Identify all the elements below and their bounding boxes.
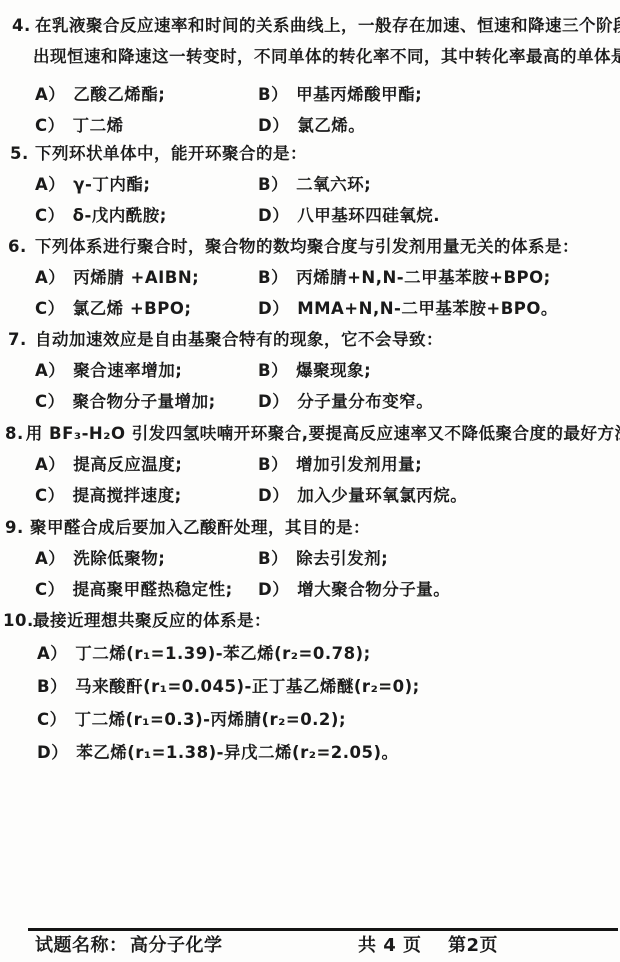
question-stem-line: 10. 最接近理想共聚反应的体系是： — [0, 604, 620, 637]
option-a: A）γ-丁内酯; — [35, 169, 258, 200]
footer-exam-name-label: 试题名称： — [35, 932, 128, 960]
option-b: B）马来酸酐(r₁=0.045)-正丁基乙烯醚(r₂=0); — [37, 670, 620, 703]
option-text: 聚合速率增加; — [73, 361, 182, 380]
option-b: B）丙烯腈+N,N-二甲基苯胺+BPO; — [258, 262, 620, 293]
option-text: 爆聚现象; — [296, 361, 371, 380]
option-text: 增大聚合物分子量。 — [297, 580, 450, 599]
question-number: 10. — [3, 604, 33, 637]
option-c: C）丁二烯 — [35, 110, 258, 141]
question-stem-line: 6. 下列体系进行聚合时，聚合物的数均聚合度与引发剂用量无关的体系是： — [0, 231, 620, 262]
option-label: D） — [258, 580, 289, 599]
option-label: D） — [258, 486, 289, 505]
page-footer: 试题名称： 高分子化学 共 4 页 第2页 — [0, 932, 620, 960]
option-label: C） — [35, 392, 65, 411]
option-text: 分子量分布变窄。 — [297, 392, 433, 411]
option-text: 乙酸乙烯酯; — [73, 85, 165, 104]
option-label: B） — [258, 85, 288, 104]
options-list: A）丁二烯(r₁=1.39)-苯乙烯(r₂=0.78); B）马来酸酐(r₁=0… — [37, 637, 620, 769]
question-4: 4. 在乳液聚合反应速率和时间的关系曲线上，一般存在加速、恒速和降速三个阶段， … — [0, 10, 620, 141]
option-text: 马来酸酐(r₁=0.045)-正丁基乙烯醚(r₂=0); — [75, 677, 420, 696]
question-stem: 聚甲醛合成后要加入乙酸酐处理，其目的是： — [30, 512, 370, 543]
option-label: B） — [258, 549, 288, 568]
option-label: B） — [258, 361, 288, 380]
option-label: D） — [37, 743, 68, 762]
question-stem: 最接近理想共聚反应的体系是： — [33, 604, 271, 637]
footer-page-current: 第2页 — [448, 932, 498, 960]
footer-exam-subject: 高分子化学 — [130, 932, 223, 960]
option-label: A） — [35, 175, 65, 194]
option-text: 丙烯腈+N,N-二甲基苯胺+BPO; — [296, 268, 551, 287]
options-grid: A）γ-丁内酯; B）二氧六环; C）δ-戊内酰胺; D）八甲基环四硅氧烷. — [35, 169, 620, 231]
options-grid: A）提高反应温度; B）增加引发剂用量; C）提高搅拌速度; D）加入少量环氧氯… — [35, 449, 620, 511]
options-grid: A）洗除低聚物; B）除去引发剂; C）提高聚甲醛热稳定性; D）增大聚合物分子… — [35, 543, 620, 605]
option-text: 丁二烯(r₁=0.3)-丙烯腈(r₂=0.2); — [75, 710, 346, 729]
option-label: C） — [35, 116, 65, 135]
option-label: C） — [35, 486, 65, 505]
exam-page: 4. 在乳液聚合反应速率和时间的关系曲线上，一般存在加速、恒速和降速三个阶段， … — [0, 0, 620, 962]
option-a: A）丁二烯(r₁=1.39)-苯乙烯(r₂=0.78); — [37, 637, 620, 670]
options-grid: A）乙酸乙烯酯; B）甲基丙烯酸甲酯; C）丁二烯 D）氯乙烯。 — [35, 79, 620, 141]
question-stem: 出现恒速和降速这一转变时，不同单体的转化率不同，其中转化率最高的单体是： — [33, 47, 620, 66]
question-stem: 在乳液聚合反应速率和时间的关系曲线上，一般存在加速、恒速和降速三个阶段， — [35, 10, 620, 41]
question-stem-line: 5. 下列环状单体中，能开环聚合的是： — [0, 138, 620, 169]
question-stem-line: 4. 在乳液聚合反应速率和时间的关系曲线上，一般存在加速、恒速和降速三个阶段， — [0, 10, 620, 41]
option-text: 丁二烯(r₁=1.39)-苯乙烯(r₂=0.78); — [75, 644, 370, 663]
option-b: B）增加引发剂用量; — [258, 449, 620, 480]
option-b: B）甲基丙烯酸甲酯; — [258, 79, 620, 110]
option-label: A） — [37, 644, 67, 663]
question-stem: 自动加速效应是自由基聚合特有的现象，它不会导致： — [35, 324, 443, 355]
option-label: B） — [258, 175, 288, 194]
option-d: D）MMA+N,N-二甲基苯胺+BPO。 — [258, 293, 620, 324]
option-label: A） — [35, 549, 65, 568]
option-d: D）苯乙烯(r₁=1.38)-异戊二烯(r₂=2.05)。 — [37, 736, 620, 769]
question-8: 8. 用 BF₃-H₂O 引发四氢呋喃开环聚合,要提高反应速率又不降低聚合度的最… — [0, 418, 620, 511]
option-label: A） — [35, 361, 65, 380]
option-text: δ-戊内酰胺; — [73, 206, 167, 225]
option-label: B） — [258, 455, 288, 474]
footer-pages-total: 共 4 页 — [358, 932, 422, 960]
option-a: A）洗除低聚物; — [35, 543, 258, 574]
question-number: 6. — [8, 231, 35, 262]
option-c: C）δ-戊内酰胺; — [35, 200, 258, 231]
question-number: 5. — [10, 138, 35, 169]
option-label: B） — [37, 677, 67, 696]
option-d: D）增大聚合物分子量。 — [258, 574, 620, 605]
question-number: 4. — [12, 10, 35, 41]
option-c: C）提高聚甲醛热稳定性; — [35, 574, 258, 605]
option-label: C） — [37, 710, 67, 729]
footer-divider — [28, 928, 618, 931]
option-text: 丙烯腈 +AIBN; — [73, 268, 199, 287]
option-text: 除去引发剂; — [296, 549, 388, 568]
question-number: 8. — [5, 418, 24, 449]
option-text: 提高反应温度; — [73, 455, 182, 474]
option-text: 八甲基环四硅氧烷. — [297, 206, 440, 225]
option-label: D） — [258, 206, 289, 225]
question-stem-line: 7. 自动加速效应是自由基聚合特有的现象，它不会导致： — [0, 324, 620, 355]
question-9: 9. 聚甲醛合成后要加入乙酸酐处理，其目的是： A）洗除低聚物; B）除去引发剂… — [0, 512, 620, 605]
option-text: 二氧六环; — [296, 175, 371, 194]
option-c: C）聚合物分子量增加; — [35, 386, 258, 417]
option-label: C） — [35, 206, 65, 225]
option-text: 提高搅拌速度; — [73, 486, 182, 505]
question-10: 10. 最接近理想共聚反应的体系是： A）丁二烯(r₁=1.39)-苯乙烯(r₂… — [0, 604, 620, 769]
option-text: 洗除低聚物; — [73, 549, 165, 568]
option-text: 丁二烯 — [73, 116, 124, 135]
question-5: 5. 下列环状单体中，能开环聚合的是： A）γ-丁内酯; B）二氧六环; C）δ… — [0, 138, 620, 231]
option-label: B） — [258, 268, 288, 287]
option-d: D）分子量分布变窄。 — [258, 386, 620, 417]
option-c: C）丁二烯(r₁=0.3)-丙烯腈(r₂=0.2); — [37, 703, 620, 736]
question-6: 6. 下列体系进行聚合时，聚合物的数均聚合度与引发剂用量无关的体系是： A）丙烯… — [0, 231, 620, 324]
option-text: 甲基丙烯酸甲酯; — [296, 85, 422, 104]
question-stem: 下列体系进行聚合时，聚合物的数均聚合度与引发剂用量无关的体系是： — [35, 231, 579, 262]
option-d: D）加入少量环氧氯丙烷。 — [258, 480, 620, 511]
options-grid: A）丙烯腈 +AIBN; B）丙烯腈+N,N-二甲基苯胺+BPO; C）氯乙烯 … — [35, 262, 620, 324]
option-b: B）爆聚现象; — [258, 355, 620, 386]
question-7: 7. 自动加速效应是自由基聚合特有的现象，它不会导致： A）聚合速率增加; B）… — [0, 324, 620, 417]
option-label: A） — [35, 85, 65, 104]
question-number: 9. — [5, 512, 30, 543]
option-text: 氯乙烯 +BPO; — [73, 299, 192, 318]
option-label: C） — [35, 299, 65, 318]
option-label: D） — [258, 392, 289, 411]
option-c: C）氯乙烯 +BPO; — [35, 293, 258, 324]
option-text: 提高聚甲醛热稳定性; — [73, 580, 233, 599]
option-b: B）除去引发剂; — [258, 543, 620, 574]
options-grid: A）聚合速率增加; B）爆聚现象; C）聚合物分子量增加; D）分子量分布变窄。 — [35, 355, 620, 417]
option-label: A） — [35, 455, 65, 474]
question-stem-line: 出现恒速和降速这一转变时，不同单体的转化率不同，其中转化率最高的单体是： — [0, 41, 620, 72]
question-stem-line: 8. 用 BF₃-H₂O 引发四氢呋喃开环聚合,要提高反应速率又不降低聚合度的最… — [0, 418, 620, 449]
option-text: 加入少量环氧氯丙烷。 — [297, 486, 467, 505]
question-stem: 用 BF₃-H₂O 引发四氢呋喃开环聚合,要提高反应速率又不降低聚合度的最好方法… — [26, 418, 620, 449]
option-a: A）聚合速率增加; — [35, 355, 258, 386]
option-label: A） — [35, 268, 65, 287]
option-label: C） — [35, 580, 65, 599]
option-text: MMA+N,N-二甲基苯胺+BPO。 — [297, 299, 558, 318]
option-a: A）丙烯腈 +AIBN; — [35, 262, 258, 293]
option-a: A）提高反应温度; — [35, 449, 258, 480]
option-text: 氯乙烯。 — [297, 116, 365, 135]
option-label: D） — [258, 116, 289, 135]
option-text: γ-丁内酯; — [73, 175, 150, 194]
option-d: D）氯乙烯。 — [258, 110, 620, 141]
option-a: A）乙酸乙烯酯; — [35, 79, 258, 110]
option-d: D）八甲基环四硅氧烷. — [258, 200, 620, 231]
question-number: 7. — [8, 324, 35, 355]
question-stem: 下列环状单体中，能开环聚合的是： — [35, 138, 307, 169]
option-text: 增加引发剂用量; — [296, 455, 422, 474]
option-label: D） — [258, 299, 289, 318]
option-text: 聚合物分子量增加; — [73, 392, 216, 411]
option-c: C）提高搅拌速度; — [35, 480, 258, 511]
question-stem-line: 9. 聚甲醛合成后要加入乙酸酐处理，其目的是： — [0, 512, 620, 543]
option-text: 苯乙烯(r₁=1.38)-异戊二烯(r₂=2.05)。 — [76, 743, 398, 762]
option-b: B）二氧六环; — [258, 169, 620, 200]
